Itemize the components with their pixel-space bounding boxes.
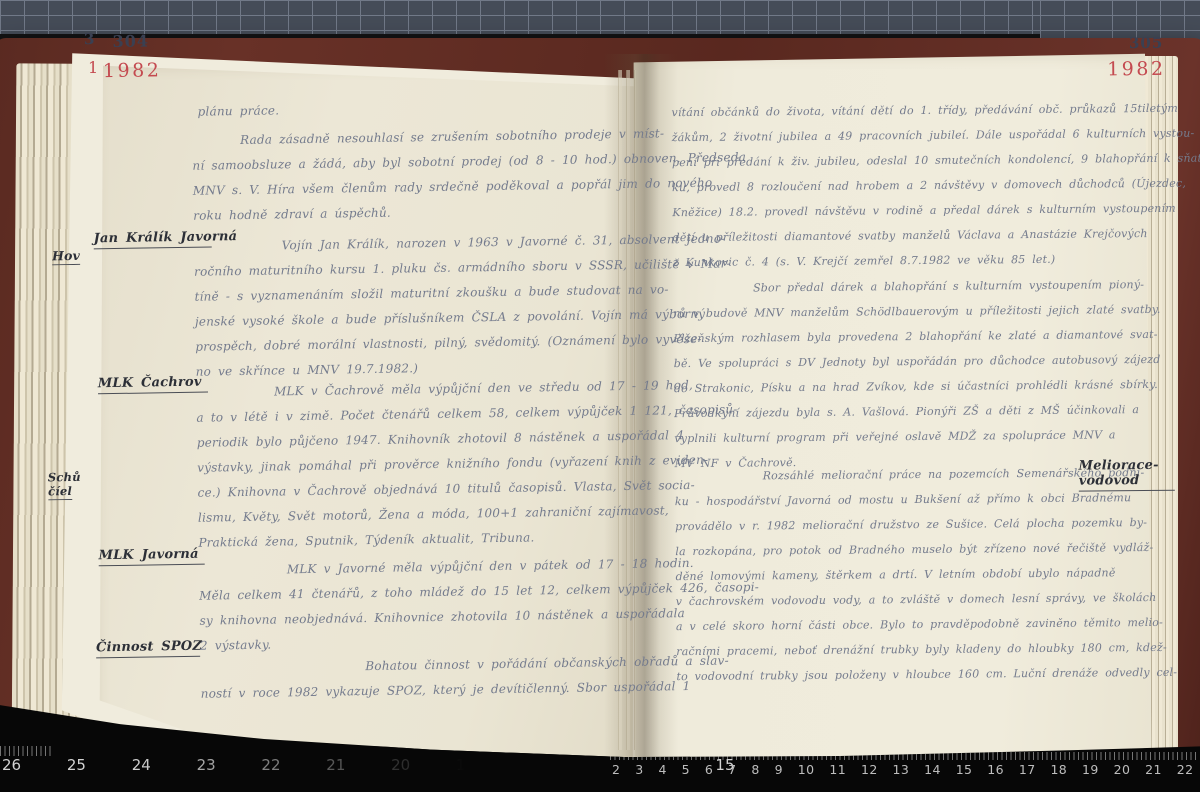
paragraph-cinnost-spoz: Bohatou činnost v pořádání občanských ob… (200, 650, 637, 707)
right-page-content: 305 1982 vítání občánků do života, vítán… (645, 26, 1195, 771)
paragraph-mlk-cachrov: MLK v Čachrově měla výpůjční den ve stře… (196, 374, 635, 556)
underlay-note-text: Hov (52, 248, 80, 265)
left-opening-line: plánu práce. (197, 103, 279, 118)
margin-heading-meliorace: Meliorace- vodovod (1079, 458, 1175, 494)
bottom-ruler-right-numbers: 2 3 4 5 6 7 8 9 10 11 12 13 14 15 16 17 … (612, 762, 1200, 777)
ruler-ticks-left (0, 746, 54, 756)
margin-heading-meliorace-line1: Meliorace- (1079, 458, 1175, 474)
right-page-number: 305 (1129, 34, 1163, 52)
underlay-note-line1: Schů (48, 470, 92, 485)
left-page-number: 304 (112, 31, 149, 51)
margin-heading-mlk-javorna: MLK Javorná (98, 547, 204, 567)
paragraph-mlk-javorna: MLK v Javorné měla výpůjční den v pátek … (199, 552, 637, 659)
right-page-year: 1982 (1107, 58, 1166, 81)
chronicle-photo: Hov Schů číel 3 1 304 1982 plánu práce. … (0, 0, 1200, 792)
paragraph-rada-mnv: Rada zásadně nesouhlasí se zrušením sobo… (192, 122, 630, 229)
underlay-margin-note-mid: Schů číel (48, 470, 93, 501)
margin-heading-cinnost-spoz: Činnost SPOZ (96, 639, 200, 659)
left-page-content: 304 1982 plánu práce. Jan Králík Javorná… (84, 16, 656, 765)
paragraph-jan-kralik: Vojín Jan Králík, narozen v 1963 v Javor… (194, 228, 632, 385)
margin-heading-meliorace-line2: vodovod (1079, 473, 1175, 492)
paragraph-meliorace: Rozsáhlé meliorační práce na pozemcích S… (675, 460, 1129, 689)
left-page-year: 1982 (103, 59, 162, 82)
underlay-note-line2: číel (48, 484, 72, 500)
paragraph-sbor-predal: Sbor předal dárek a blahopřání s kulturn… (673, 272, 1127, 476)
margin-heading-mlk-cachrov: MLK Čachrov (98, 375, 208, 395)
paragraph-spoz-akce: vítání občánků do života, vítání dětí do… (671, 96, 1125, 275)
